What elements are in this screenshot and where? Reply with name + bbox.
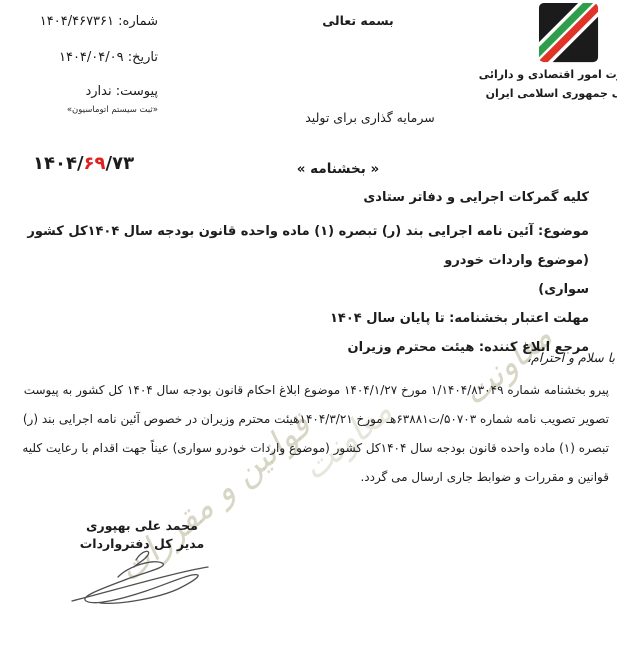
subject-line-2: سواری) xyxy=(26,275,589,304)
subject-block: موضوع: آئین نامه اجرایی بند (ر) تبصره (۱… xyxy=(26,217,589,362)
body-line-3: تبصره (۱) ماده واحده قانون بودجه سال ۱۴۰… xyxy=(24,434,609,463)
greeting-line: با سلام و احترام، xyxy=(527,350,615,365)
issuer-line: مرجع ابلاغ کننده: هیئت محترم وزیران xyxy=(26,333,589,362)
doc-number: شماره: ۱۴۰۴/۴۶۷۳۶۱ xyxy=(6,14,158,29)
body-line-4: قوانین و مقررات و ضوابط جاری ارسال می گر… xyxy=(24,463,609,492)
circular-title: « بخشنامه » xyxy=(292,161,384,177)
circular-number-part3: /۷۳ xyxy=(106,153,135,174)
body-line-2: تصویر تصویب نامه شماره ۵۰۷۰۳/ت۶۳۸۸۱هـ مو… xyxy=(24,405,609,434)
doc-attachment: پیوست: ندارد xyxy=(6,84,158,99)
signature-scribble xyxy=(58,544,218,616)
customs-logo xyxy=(530,2,608,64)
customs-name-line: ک جمهوری اسلامی ایران xyxy=(486,87,617,100)
subject-line-1: موضوع: آئین نامه اجرایی بند (ر) تبصره (۱… xyxy=(26,217,589,275)
ministry-name-line: رت امور اقتصادی و دارائی xyxy=(479,68,617,81)
circular-number-part2-red: ۶۹ xyxy=(84,153,106,174)
doc-date: تاریخ: ۱۴۰۴/۰۴/۰۹ xyxy=(6,50,158,65)
signer-name: محمد علی بهپوری xyxy=(62,517,222,535)
addressee-line: کلیه گمرکات اجرایی و دفاتر ستادی xyxy=(363,190,589,205)
body-paragraph: پیرو بخشنامه شماره ۱/۱۴۰۴/۸۳۰۴۹ مورخ ۱۴۰… xyxy=(24,376,609,492)
validity-line: مهلت اعتبار بخشنامه: تا پایان سال ۱۴۰۴ xyxy=(26,304,589,333)
body-line-1: پیرو بخشنامه شماره ۱/۱۴۰۴/۸۳۰۴۹ مورخ ۱۴۰… xyxy=(24,376,609,405)
automation-note: «ثبت سیستم اتوماسیون» xyxy=(6,105,158,115)
customs-circular-document: معاونت معاونت قوانین و مقررات شماره: ۱۴۰… xyxy=(0,0,617,651)
besmellah-heading: بسمه تعالی xyxy=(312,13,404,28)
year-slogan: سرمایه گذاری برای تولید xyxy=(272,110,468,125)
circular-number-part1: ۱۴۰۴/ xyxy=(33,153,84,174)
circular-number: ۱۴۰۴/۶۹/۷۳ xyxy=(33,153,134,174)
